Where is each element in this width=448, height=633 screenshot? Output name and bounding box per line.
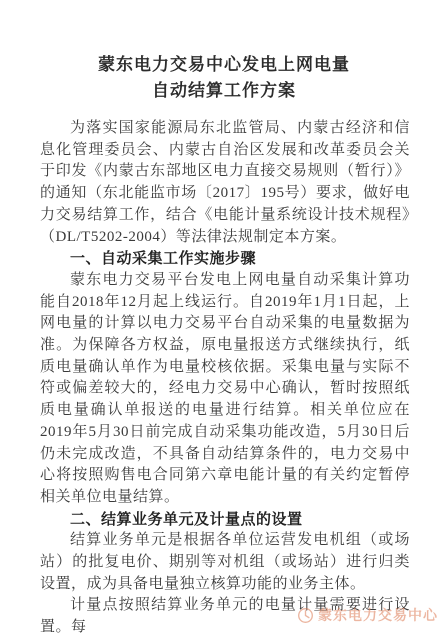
section-heading: 一、自动采集工作实施步骤 (40, 248, 410, 270)
section-heading: 二、结算业务单元及计量点的设置 (40, 509, 410, 531)
watermark: 蒙东电力交易中心 (297, 605, 438, 625)
document-page: 蒙东电力交易中心发电上网电量 自动结算工作方案 为落实国家能源局东北监管局、内蒙… (0, 0, 448, 633)
mengdong-logo-icon (297, 607, 314, 624)
document-body: 为落实国家能源局东北监管局、内蒙古经济和信息化管理委员会、内蒙古自治区发展和改革… (40, 118, 410, 633)
document-title-line1: 蒙东电力交易中心发电上网电量 (40, 52, 408, 78)
document-title-line2: 自动结算工作方案 (40, 78, 408, 104)
body-paragraph: 蒙东电力交易平台发电上网电量自动采集计算功能自2018年12月起上线运行。自20… (40, 270, 410, 509)
body-paragraph: 为落实国家能源局东北监管局、内蒙古经济和信息化管理委员会、内蒙古自治区发展和改革… (40, 118, 410, 248)
watermark-text: 蒙东电力交易中心 (318, 605, 438, 625)
body-paragraph: 结算业务单元是根据各单位运营发电机组（或场站）的批复电价、期别等对机组（或场站）… (40, 530, 410, 595)
document-title: 蒙东电力交易中心发电上网电量 自动结算工作方案 (0, 0, 448, 112)
